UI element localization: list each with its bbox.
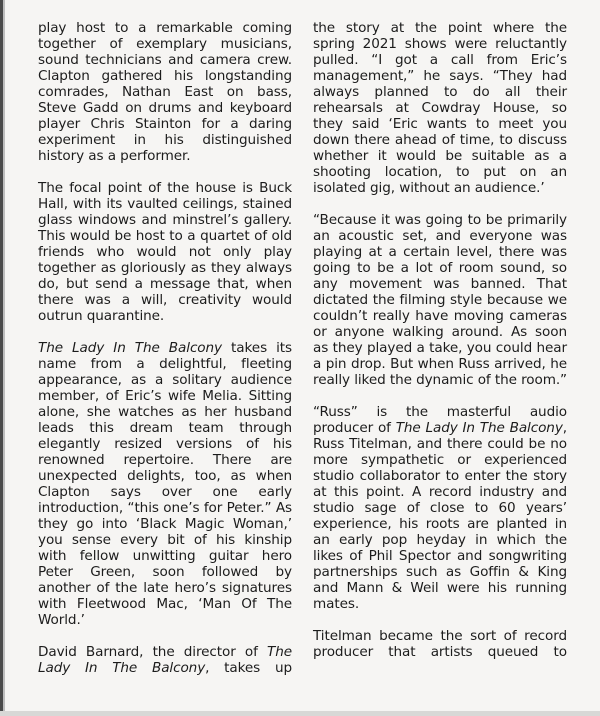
paragraph-story-point: the story at the point where the spring … [313,20,567,196]
paragraph-text: David Barnard, the director of [38,644,267,660]
paragraph-text: takes its name from a delightful, fleeti… [38,340,292,628]
paragraph-text: , takes up [205,660,292,676]
film-title: The Lady In The Balcony [38,340,222,356]
paragraph-buck-hall: The focal point of the house is Buck Hal… [38,180,292,324]
paragraph-musicians: play host to a remarkable coming togethe… [38,20,292,164]
paragraph-titelman-producer: Titelman became the sort of record produ… [313,628,567,660]
paragraph-lady-in-balcony: The Lady In The Balcony takes its name f… [38,340,292,628]
page-binding-shadow [3,0,5,716]
right-column: the story at the point where the spring … [313,20,567,660]
paragraph-russ-titelman: “Russ” is the masterful audio producer o… [313,404,567,612]
paragraph-text: , Russ Titelman, and there could be no m… [313,420,567,612]
page-bottom-edge [0,711,600,716]
film-title: The Lady In The Balcony [396,420,563,436]
paragraph-david-barnard: David Barnard, the director of The Lady … [38,644,292,676]
paragraph-acoustic-set: “Because it was going to be primarily an… [313,212,567,388]
left-column: play host to a remarkable coming togethe… [38,20,292,676]
